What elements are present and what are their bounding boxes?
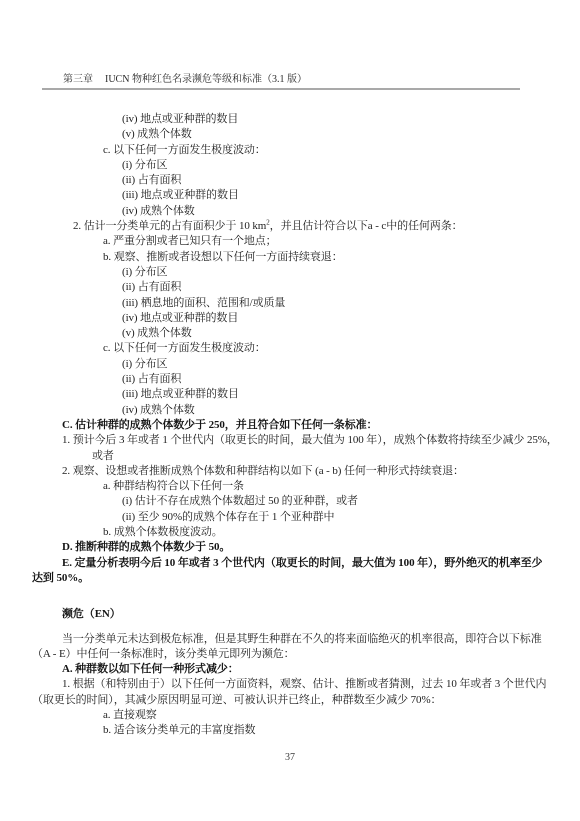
text-line: 1. 预计今后 3 年或者 1 个世代内（取更长的时间，最大值为 100 年），…: [32, 433, 528, 448]
text-line: A. 种群数以如下任何一种形式减少：: [32, 662, 528, 677]
running-head: 第三章IUCN 物种红色名录濒危等级和标准（3.1 版）: [42, 70, 520, 85]
text-line: (ii) 至少 90%的成熟个体存在于 1 个亚种群中: [32, 510, 528, 525]
text-line: b. 观察、推断或者设想以下任何一方面持续衰退：: [32, 250, 528, 265]
text-line: 达到 50%。: [32, 571, 528, 586]
text-line: (iii) 地点或亚种群的数目: [32, 387, 528, 402]
text-line: 1. 根据（和特别由于）以下任何一方面资料，观察、估计、推断或者猜测，过去 10…: [32, 677, 528, 692]
text-line: (v) 成熟个体数: [32, 127, 528, 142]
text-line: b. 适合该分类单元的丰富度指数: [32, 723, 528, 738]
text-line: a. 严重分割或者已知只有一个地点；: [32, 234, 528, 249]
document-body: (iv) 地点或亚种群的数目(v) 成熟个体数c. 以下任何一方面发生极度波动：…: [32, 112, 528, 739]
text-line: C. 估计种群的成熟个体数少于 250，并且符合如下任何一条标准：: [32, 418, 528, 433]
text-line: (iii) 地点或亚种群的数目: [32, 188, 528, 203]
text-line: (ii) 占有面积: [32, 173, 528, 188]
page-number: 37: [0, 752, 580, 763]
text-line: 或者: [32, 449, 528, 464]
superscript: 2: [266, 218, 269, 226]
text-line: (iii) 栖息地的面积、范围和/或质量: [32, 296, 528, 311]
document-page: 第三章IUCN 物种红色名录濒危等级和标准（3.1 版） (iv) 地点或亚种群…: [0, 0, 580, 821]
text-line: (i) 估计不存在成熟个体数超过 50 的亚种群，或者: [32, 494, 528, 509]
text-line: D. 推断种群的成熟个体数少于 50。: [32, 540, 528, 555]
text-line: (ii) 占有面积: [32, 372, 528, 387]
text-line: (iv) 地点或亚种群的数目: [32, 311, 528, 326]
page-header: 第三章IUCN 物种红色名录濒危等级和标准（3.1 版）: [42, 70, 520, 90]
text-line: a. 种群结构符合以下任何一条: [32, 479, 528, 494]
text-line: E. 定量分析表明今后 10 年或者 3 个世代内（取更长的时间，最大值为 10…: [32, 556, 528, 571]
text-line: (i) 分布区: [32, 357, 528, 372]
text-line: b. 成熟个体数极度波动。: [32, 525, 528, 540]
text-line: (iv) 成熟个体数: [32, 204, 528, 219]
text-line: 2. 估计一分类单元的占有面积少于 10 km2，并且估计符合以下a - c中的…: [32, 219, 528, 234]
text-line: 2. 观察、设想或者推断成熟个体数和种群结构以如下 (a - b) 任何一种形式…: [32, 464, 528, 479]
text-line: c. 以下任何一方面发生极度波动：: [32, 341, 528, 356]
chapter-title: IUCN 物种红色名录濒危等级和标准（3.1 版）: [105, 74, 307, 85]
text-line: (v) 成熟个体数: [32, 326, 528, 341]
text-line: a. 直接观察: [32, 708, 528, 723]
section-heading: 濒危（EN）: [32, 607, 528, 622]
text-line: c. 以下任何一方面发生极度波动：: [32, 143, 528, 158]
text-line: （A - E）中任何一条标准时，该分类单元即列为濒危：: [32, 647, 528, 662]
text-line: 当一分类单元未达到极危标准，但是其野生种群在不久的将来面临绝灭的机率很高，即符合…: [32, 632, 528, 647]
chapter-label: 第三章: [63, 74, 93, 85]
text-line: （取更长的时间），其减少原因明显可逆、可被认识并已终止，种群数至少减少 70%：: [32, 693, 528, 708]
text-line: (iv) 成熟个体数: [32, 403, 528, 418]
text-line: (ii) 占有面积: [32, 280, 528, 295]
text-line: (i) 分布区: [32, 265, 528, 280]
text-line: (i) 分布区: [32, 158, 528, 173]
text-line: (iv) 地点或亚种群的数目: [32, 112, 528, 127]
header-rule: [42, 88, 520, 90]
